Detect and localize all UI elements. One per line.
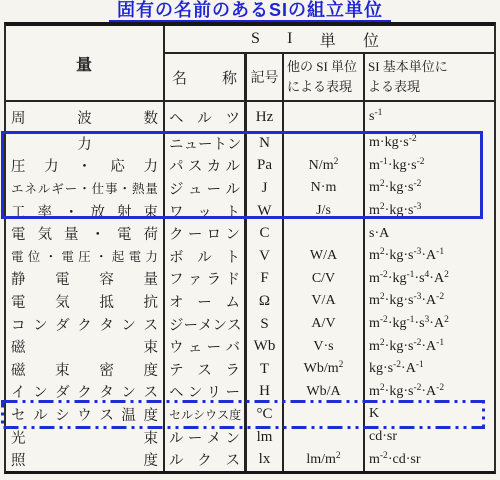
other-si-expression-cell: W/A <box>284 245 365 268</box>
unit-symbol-cell: J <box>247 177 284 200</box>
quantity-cell: 周波数 <box>6 102 165 132</box>
base-si-expression-cell: m·kg·s-2 <box>365 132 494 155</box>
other-si-expression-cell: Wb/A <box>284 381 365 404</box>
unit-symbol-cell: T <box>247 358 284 381</box>
quantity-cell: エネルギー・仕事・熱量 <box>6 177 165 200</box>
quantity-cell: セルシウス温度 <box>6 403 165 426</box>
page: 固有の名前のあるSIの組立単位 量 SI単位 名称 記号 他の SI 単位 によ… <box>0 0 500 480</box>
base-si-expression-cell: cd·sr <box>365 426 494 449</box>
quantity-cell: 光束 <box>6 426 165 449</box>
header-other-si-expression: 他の SI 単位 による表現 <box>284 54 365 102</box>
base-si-expression-cell: K <box>365 403 494 426</box>
unit-name-cell: ルクス <box>165 448 247 471</box>
quantity-cell: 照度 <box>6 448 165 471</box>
other-si-expression-cell: N/m2 <box>284 155 365 178</box>
base-si-expression-cell: s-1 <box>365 102 494 132</box>
base-si-expression-cell: m2·kg·s-2 <box>365 177 494 200</box>
quantity-cell: 工率・放射束 <box>6 200 165 223</box>
unit-name-cell: セルシウス度 <box>165 403 247 426</box>
header-other-si-line1: 他の SI 単位 <box>287 57 357 77</box>
unit-name-cell: ヘルツ <box>165 102 247 132</box>
other-si-expression-cell: V/A <box>284 290 365 313</box>
unit-symbol-cell: Hz <box>247 102 284 132</box>
header-base-si-expression: SI 基本単位に よる表現 <box>365 54 494 102</box>
base-si-expression-cell: m-2·kg-1·s4·A2 <box>365 268 494 291</box>
unit-name-cell: オーム <box>165 290 247 313</box>
unit-name-cell: ニュートン <box>165 132 247 155</box>
unit-symbol-cell: lm <box>247 426 284 449</box>
unit-symbol-cell: lx <box>247 448 284 471</box>
unit-name-cell: ボルト <box>165 245 247 268</box>
other-si-expression-cell: N·m <box>284 177 365 200</box>
quantity-cell: 電位・電圧・起電力 <box>6 245 165 268</box>
unit-name-cell: ファラド <box>165 268 247 291</box>
header-other-si-line2: による表現 <box>287 77 352 97</box>
si-units-table: 量 SI単位 名称 記号 他の SI 単位 による表現 SI 基本単位に よる表… <box>4 22 496 474</box>
unit-name-cell: ヘンリー <box>165 381 247 404</box>
unit-symbol-cell: H <box>247 381 284 404</box>
unit-name-cell: ジュール <box>165 177 247 200</box>
unit-symbol-cell: °C <box>247 403 284 426</box>
quantity-cell: 力 <box>6 132 165 155</box>
other-si-expression-cell <box>284 426 365 449</box>
other-si-expression-cell <box>284 403 365 426</box>
quantity-cell: 静電容量 <box>6 268 165 291</box>
unit-symbol-cell: Ω <box>247 290 284 313</box>
unit-symbol-cell: N <box>247 132 284 155</box>
base-si-expression-cell: m-1·kg·s-2 <box>365 155 494 178</box>
base-si-expression-cell: m-2·kg-1·s3·A2 <box>365 313 494 336</box>
unit-symbol-cell: F <box>247 268 284 291</box>
unit-name-cell: ワット <box>165 200 247 223</box>
header-base-si-line1: SI 基本単位に <box>368 57 448 77</box>
other-si-expression-cell: J/s <box>284 200 365 223</box>
title-row: 固有の名前のあるSIの組立単位 <box>0 0 500 23</box>
unit-symbol-cell: C <box>247 222 284 245</box>
unit-symbol-cell: V <box>247 245 284 268</box>
other-si-expression-cell <box>284 102 365 132</box>
base-si-expression-cell: m2·kg·s-2·A-2 <box>365 381 494 404</box>
header-quantity: 量 <box>6 26 165 102</box>
quantity-cell: 電気抵抗 <box>6 290 165 313</box>
unit-name-cell: パスカル <box>165 155 247 178</box>
unit-symbol-cell: W <box>247 200 284 223</box>
base-si-expression-cell: s·A <box>365 222 494 245</box>
base-si-expression-cell: m2·kg·s-3 <box>365 200 494 223</box>
unit-name-cell: クーロン <box>165 222 247 245</box>
quantity-cell: 電気量・電荷 <box>6 222 165 245</box>
unit-name-cell: ウェーバ <box>165 335 247 358</box>
unit-symbol-cell: Pa <box>247 155 284 178</box>
other-si-expression-cell: V·s <box>284 335 365 358</box>
other-si-expression-cell: lm/m2 <box>284 448 365 471</box>
base-si-expression-cell: m2·kg·s-3·A-1 <box>365 245 494 268</box>
base-si-expression-cell: m2·kg·s-2·A-1 <box>365 335 494 358</box>
quantity-cell: 磁束 <box>6 335 165 358</box>
other-si-expression-cell: C/V <box>284 268 365 291</box>
unit-name-cell: ルーメン <box>165 426 247 449</box>
other-si-expression-cell: A/V <box>284 313 365 336</box>
header-base-si-line2: よる表現 <box>368 77 420 97</box>
unit-symbol-cell: S <box>247 313 284 336</box>
header-unit-name-label: 名称 <box>172 67 237 88</box>
base-si-expression-cell: kg·s-2·A-1 <box>365 358 494 381</box>
base-si-expression-cell: m-2·cd·sr <box>365 448 494 471</box>
header-si-unit-label: SI単位 <box>251 28 379 51</box>
other-si-expression-cell <box>284 132 365 155</box>
quantity-cell: 圧力・応力 <box>6 155 165 178</box>
header-si-unit: SI単位 <box>165 26 494 54</box>
unit-symbol-cell: Wb <box>247 335 284 358</box>
quantity-cell: コンダクタンス <box>6 313 165 336</box>
header-unit-name: 名称 <box>165 54 247 102</box>
other-si-expression-cell <box>284 222 365 245</box>
unit-name-cell: ジーメンス <box>165 313 247 336</box>
other-si-expression-cell: Wb/m2 <box>284 358 365 381</box>
quantity-cell: インダクタンス <box>6 381 165 404</box>
page-title: 固有の名前のあるSIの組立単位 <box>109 0 391 23</box>
unit-name-cell: テスラ <box>165 358 247 381</box>
header-symbol: 記号 <box>247 54 284 102</box>
quantity-cell: 磁束密度 <box>6 358 165 381</box>
base-si-expression-cell: m2·kg·s-3·A-2 <box>365 290 494 313</box>
